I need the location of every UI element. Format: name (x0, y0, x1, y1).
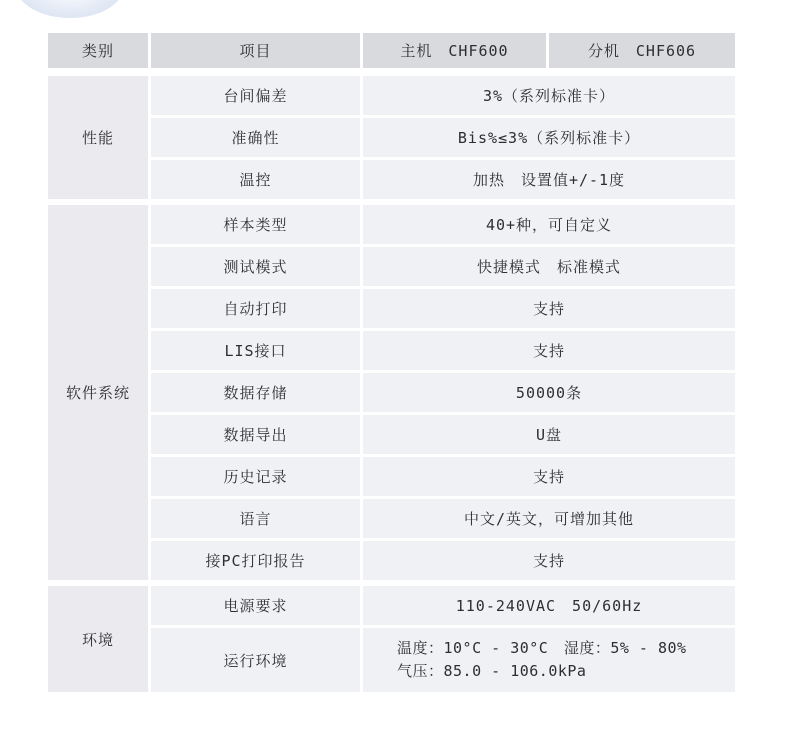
header-cell-category: 类别 (48, 33, 148, 68)
value-line-1: 温度：10°C - 30°C 湿度：5% - 80% (397, 637, 687, 660)
item-cell: 历史记录 (151, 457, 360, 496)
item-cell: 自动打印 (151, 289, 360, 328)
item-cell: 电源要求 (151, 586, 360, 625)
value-cell: 温度：10°C - 30°C 湿度：5% - 80% 气压：85.0 - 106… (363, 628, 735, 692)
item-cell: LIS接口 (151, 331, 360, 370)
value-cell: 40+种，可自定义 (363, 205, 735, 244)
item-cell: 接PC打印报告 (151, 541, 360, 580)
spec-table: 类别 项目 主机 CHF600 分机 CHF606 性能 台间偏差 3%（系列标… (48, 33, 735, 692)
item-cell: 语言 (151, 499, 360, 538)
value-cell: 110-240VAC 50/60Hz (363, 586, 735, 625)
item-cell: 台间偏差 (151, 76, 360, 115)
item-cell: 运行环境 (151, 628, 360, 692)
value-cell: 支持 (363, 457, 735, 496)
header-cell-item: 项目 (151, 33, 360, 68)
header-cell-main-unit: 主机 CHF600 (363, 33, 546, 68)
value-cell: 3%（系列标准卡） (363, 76, 735, 115)
value-cell: 50000条 (363, 373, 735, 412)
value-cell: 支持 (363, 541, 735, 580)
table-header-row: 类别 项目 主机 CHF600 分机 CHF606 (48, 33, 735, 68)
item-cell: 数据导出 (151, 415, 360, 454)
value-cell: 支持 (363, 331, 735, 370)
value-cell: 支持 (363, 289, 735, 328)
section-performance: 性能 台间偏差 3%（系列标准卡） 准确性 Bis%≤3%（系列标准卡） 温控 … (48, 76, 735, 199)
item-cell: 数据存储 (151, 373, 360, 412)
value-cell: U盘 (363, 415, 735, 454)
category-cell: 环境 (48, 586, 148, 692)
value-cell: Bis%≤3%（系列标准卡） (363, 118, 735, 157)
item-cell: 样本类型 (151, 205, 360, 244)
item-cell: 温控 (151, 160, 360, 199)
item-cell: 测试模式 (151, 247, 360, 286)
section-environment: 环境 电源要求 110-240VAC 50/60Hz 运行环境 温度：10°C … (48, 586, 735, 692)
header-cell-sub-unit: 分机 CHF606 (549, 33, 735, 68)
value-line-2: 气压：85.0 - 106.0kPa (397, 660, 586, 683)
category-cell: 软件系统 (48, 205, 148, 580)
value-cell: 快捷模式 标准模式 (363, 247, 735, 286)
section-software: 软件系统 样本类型 40+种，可自定义 测试模式 快捷模式 标准模式 自动打印 … (48, 205, 735, 580)
value-cell: 加热 设置值+/-1度 (363, 160, 735, 199)
decorative-blob (16, 0, 124, 18)
value-cell: 中文/英文，可增加其他 (363, 499, 735, 538)
category-cell: 性能 (48, 76, 148, 199)
item-cell: 准确性 (151, 118, 360, 157)
